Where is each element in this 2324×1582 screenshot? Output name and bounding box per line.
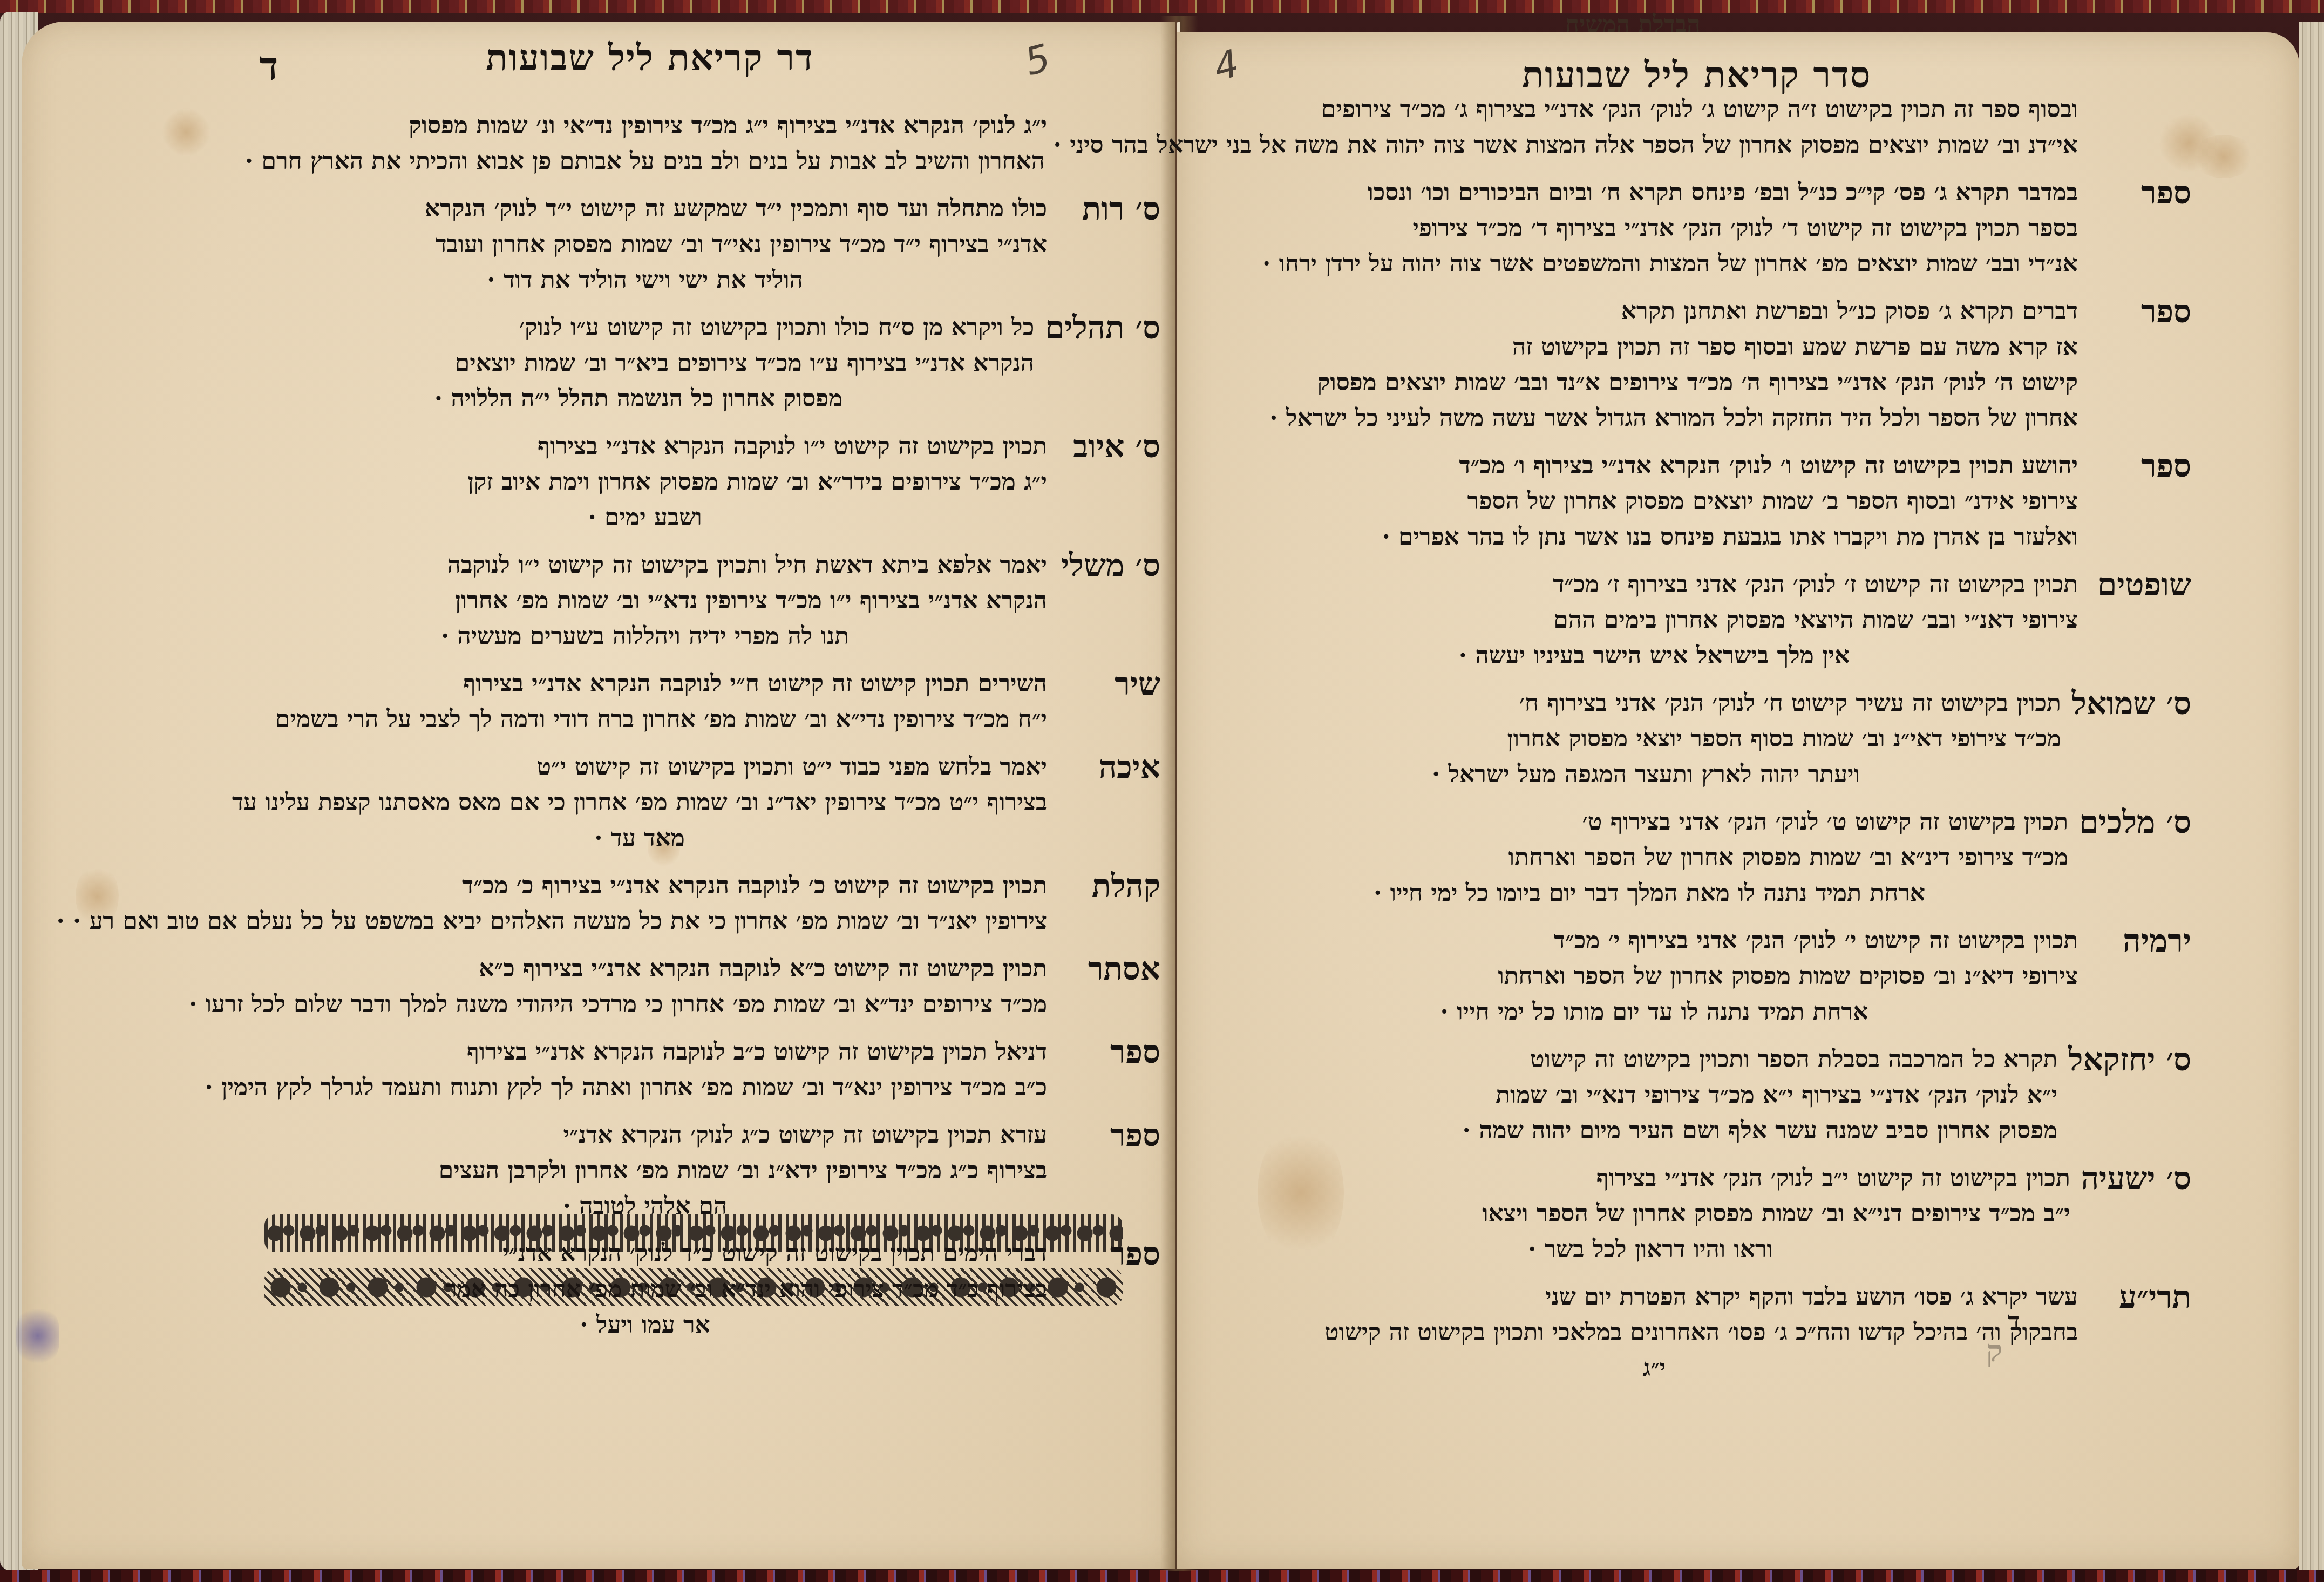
text-line: בספר תכוין בקישוט זה קישוט ד׳ לנוק׳ הנק׳… bbox=[1231, 211, 2078, 246]
reading-entry: י״ג לנוק׳ הנקרא אדנ״י בצירוף י״ג מכ״ד צי… bbox=[243, 108, 1160, 179]
text-line: עשר יקרא ג׳ פסו׳ הושע בלבד והקף יקרא הפט… bbox=[1231, 1279, 2078, 1315]
reading-entry-eicha: איכה יאמר בלחש מפני כבוד י״ט ותכוין בקיש… bbox=[243, 749, 1160, 856]
book-label: ס׳ איוב bbox=[1047, 429, 1160, 464]
book-label: ס׳ משלי bbox=[1047, 547, 1160, 583]
book-label: ס׳ תהלים bbox=[1034, 310, 1160, 345]
text-line: אי״דנ וב׳ שמות יוצאים מפסוק אחרון של הספ… bbox=[1054, 127, 2078, 163]
binding-headband-top bbox=[0, 0, 2324, 13]
text-line: כ״ב מכ״ד צירופין ינא״ד וב׳ שמות מפ׳ אחרו… bbox=[205, 1070, 1047, 1105]
text-line: יאמר אלפא ביתא דאשת חיל ותכוין בקישוט זה… bbox=[243, 547, 1047, 583]
fleuron-row bbox=[264, 1214, 1123, 1252]
reading-entry-yehoshua: ספר יהושע תכוין בקישוט זה קישוט ו׳ לנוק׳… bbox=[1231, 448, 2191, 555]
text-line: יהושע תכוין בקישוט זה קישוט ו׳ לנוק׳ הנק… bbox=[1231, 448, 2078, 484]
right-text-column: ובסוף ספר זה תכוין בקישוט ז״ה קישוט ג׳ ל… bbox=[1231, 92, 2191, 1398]
text-line: ארחת תמיד נתנה לו עד יום מותו כל ימי חיי… bbox=[1231, 994, 2078, 1030]
running-head: דר קריאת ליל שבועות bbox=[486, 37, 814, 79]
text-line: כולו מתחלה ועד סוף ותמכין י״ד שמקשע זה ק… bbox=[243, 191, 1047, 227]
reading-entry-iyov: ס׳ איוב תכוין בקישוט זה קישוט י״ו לנוקבה… bbox=[243, 429, 1160, 535]
foxing-stain bbox=[2191, 135, 2256, 178]
reading-entry-shoftim: שופטים תכוין בקישוט זה קישוט ז׳ לנוק׳ הנ… bbox=[1231, 567, 2191, 674]
text-line: תכוין בקישוט זה קישוט י״ו לנוקבה הנקרא א… bbox=[243, 429, 1047, 464]
reading-entry-yeshayahu: ס׳ ישעיה תכוין בקישוט זה קישוט י״ב לנוק׳… bbox=[1231, 1160, 2191, 1267]
signature-mark: ד bbox=[2008, 1306, 2020, 1335]
text-line: הנקרא אדנ״י בצירוף ע״ו מכ״ד צירופים ביא״… bbox=[243, 345, 1034, 381]
reading-entry-vayikra-end: ובסוף ספר זה תכוין בקישוט ז״ה קישוט ג׳ ל… bbox=[1231, 92, 2191, 163]
handwritten-page-number: 5 bbox=[1020, 36, 1055, 85]
text-line: דניאל תכוין בקישוט זה קישוט כ״ב לנוקבה ה… bbox=[205, 1034, 1047, 1070]
folio-letter: ד bbox=[259, 43, 278, 90]
text-line: צירופין יאנ״ד וב׳ שמות מפ׳ אחרון כי את כ… bbox=[56, 904, 1047, 939]
book-label: שיר bbox=[1047, 666, 1160, 702]
reading-entry-trei-asar: תרי״ע עשר יקרא ג׳ פסו׳ הושע בלבד והקף יק… bbox=[1231, 1279, 2191, 1386]
text-line: ובסוף ספר זה תכוין בקישוט ז״ה קישוט ג׳ ל… bbox=[1054, 92, 2078, 127]
page-stack-right-edge bbox=[2299, 22, 2324, 1570]
reading-entry-yirmiyahu: ירמיה תכוין בקישוט זה קישוט י׳ לנוק׳ הנק… bbox=[1231, 923, 2191, 1030]
book-label: אסתר bbox=[1047, 951, 1160, 987]
text-line: אנ״די ובב׳ שמות יוצאים מפ׳ אחרון של המצו… bbox=[1231, 246, 2078, 282]
text-line: הוליד את ישי וישי הוליד את דוד · bbox=[243, 262, 1047, 298]
text-line: ושבע ימים · bbox=[243, 500, 1047, 535]
left-text-column: י״ג לנוק׳ הנקרא אדנ״י בצירוף י״ג מכ״ד צי… bbox=[243, 108, 1160, 1355]
reading-entry-tehillim: ס׳ תהלים כל ויקרא מן ס״ח כולו ותכוין בקי… bbox=[243, 310, 1160, 417]
reading-entry-shmuel: ס׳ שמואל תכוין בקישוט זה עשיר קישוט ח׳ ל… bbox=[1231, 685, 2191, 792]
book-label: שופטים bbox=[2078, 567, 2191, 602]
text-line: תכוין בקישוט זה עשיר קישוט ח׳ לנוק׳ הנק׳… bbox=[1231, 685, 2061, 721]
text-line: צירופי אידנ״ ובסוף הספר ב׳ שמות יוצאים מ… bbox=[1231, 484, 2078, 519]
text-line: י״ג לנוק׳ הנקרא אדנ״י בצירוף י״ג מכ״ד צי… bbox=[243, 108, 1047, 144]
text-line: תכוין בקישוט זה קישוט י״ב לנוק׳ הנק׳ אדנ… bbox=[1231, 1160, 2070, 1196]
text-line: האחרון והשיב לב אבות על בנים ולב בנים על… bbox=[243, 144, 1047, 179]
show-through-mark: ק bbox=[1986, 1333, 2002, 1369]
text-line: מכ״ד צירופי דינ״א וב׳ שמות מפסוק אחרון ש… bbox=[1231, 840, 2068, 875]
text-line: י״ג מכ״ד צירופים בידר״א וב׳ שמות מפסוק א… bbox=[243, 464, 1047, 500]
reading-entry-kohelet: קהלת תכוין בקישוט זה קישוט כ׳ לנוקבה הנק… bbox=[243, 868, 1160, 939]
book-label: ס׳ רות bbox=[1047, 191, 1160, 227]
text-line: מכ״ד צירופי דאי״נ וב׳ שמות בסוף הספר יוצ… bbox=[1231, 721, 2061, 757]
text-line: י״א לנוק׳ הנק׳ אדנ״י בצירוף י״א מכ״ד ציר… bbox=[1231, 1077, 2057, 1113]
book-label: תרי״ע bbox=[2078, 1279, 2191, 1315]
text-line: הנקרא אדנ״י בצירוף י״ו מכ״ד צירופין נדא״… bbox=[243, 583, 1047, 619]
text-line: אחרון של הספר ולכל היד החזקה ולכל המורא … bbox=[1231, 400, 2078, 436]
reading-entry-ezra: ספר עזרא תכוין בקישוט זה קישוט כ״ג לנוק׳… bbox=[243, 1117, 1160, 1224]
text-line: תכוין בקישוט זה קישוט י׳ לנוק׳ הנק׳ אדני… bbox=[1231, 923, 2078, 959]
reading-entry-esther: אסתר תכוין בקישוט זה קישוט כ״א לנוקבה הנ… bbox=[243, 951, 1160, 1022]
printers-ornament-band bbox=[264, 1214, 1123, 1306]
book-label: איכה bbox=[1047, 749, 1160, 785]
book-label: ספר bbox=[2078, 448, 2191, 484]
text-line: עזרא תכוין בקישוט זה קישוט כ״ג לנוק׳ הנק… bbox=[243, 1117, 1047, 1153]
book-label: קהלת bbox=[1047, 868, 1160, 904]
book-label: ס׳ ישעיה bbox=[2070, 1160, 2191, 1196]
text-line: מאד עד · bbox=[232, 820, 1047, 856]
handwritten-page-number: 4 bbox=[1209, 41, 1243, 90]
text-line: בצירוף כ״ג מכ״ד צירופין ידא״נ וב׳ שמות מ… bbox=[243, 1153, 1047, 1189]
text-line: מפסוק אחרון סביב שמנה עשר אלף ושם העיר מ… bbox=[1231, 1113, 2057, 1149]
text-line: תכוין בקישוט זה קישוט כ״א לנוקבה הנקרא א… bbox=[189, 951, 1047, 987]
book-label: ס׳ מלכים bbox=[2068, 804, 2191, 840]
text-line: קישוט ה׳ לנוק׳ הנק׳ אדנ״י בצירוף ה׳ מכ״ד… bbox=[1231, 365, 2078, 400]
reading-entry-devarim: ספר דברים תקרא ג׳ פסוק כנ״ל ובפרשת ואתחנ… bbox=[1231, 294, 2191, 436]
text-line: ואלעזר בן אהרן מת ויקברו אתו בגבעת פינחס… bbox=[1231, 519, 2078, 555]
reading-entry-melachim: ס׳ מלכים תכוין בקישוט זה קישוט ט׳ לנוק׳ … bbox=[1231, 804, 2191, 911]
reading-entry-mishlei: ס׳ משלי יאמר אלפא ביתא דאשת חיל ותכוין ב… bbox=[243, 547, 1160, 654]
right-page: הבדלת המשיח סדר קריאת ליל שבועות 4 ובסוף… bbox=[1177, 32, 2299, 1569]
text-line: צירופי דיא״נ וב׳ פסוקים שמות מפסוק אחרון… bbox=[1231, 959, 2078, 994]
text-line: תכוין בקישוט זה קישוט ט׳ לנוק׳ הנק׳ אדני… bbox=[1231, 804, 2068, 840]
catchword-top: הבדלת המשיח bbox=[1565, 11, 1701, 38]
text-line: תנו לה מפרי ידיה ויהללוה בשערים מעשיה · bbox=[243, 619, 1047, 654]
text-line: י״ח מכ״ד צירופין נדי״א וב׳ שמות מפ׳ אחרו… bbox=[243, 702, 1047, 737]
text-line: כל ויקרא מן ס״ח כולו ותכוין בקישוט זה קי… bbox=[243, 310, 1034, 345]
text-line: אז קרא משה עם פרשת שמע ובסוף ספר זה תכוי… bbox=[1231, 329, 2078, 365]
text-line: ויעתר יהוה לארץ ותעצר המגפה מעל ישראל · bbox=[1231, 757, 2061, 792]
text-line: דברים תקרא ג׳ פסוק כנ״ל ובפרשת ואתחנן תק… bbox=[1231, 294, 2078, 329]
text-line: בצירוף י״ט מכ״ד צירופין יאד״נ וב׳ שמות מ… bbox=[232, 785, 1047, 820]
fleuron-row bbox=[264, 1268, 1123, 1306]
foxing-stain bbox=[162, 108, 210, 157]
running-head: סדר קריאת ליל שבועות bbox=[1522, 54, 1871, 97]
reading-entry-ruth: ס׳ רות כולו מתחלה ועד סוף ותמכין י״ד שמק… bbox=[243, 191, 1160, 298]
binding-headband-bottom bbox=[0, 1570, 2324, 1582]
text-line: תכוין בקישוט זה קישוט כ׳ לנוקבה הנקרא אד… bbox=[56, 868, 1047, 904]
reading-entry-bamidbar: ספר במדבר תקרא ג׳ פס׳ קי״כ כנ״ל ובפ׳ פינ… bbox=[1231, 175, 2191, 282]
reading-entry-shir-hashirim: שיר השירים תכוין קישוט זה קישוט ח״י לנוק… bbox=[243, 666, 1160, 737]
text-line: אר עמו ויעל · bbox=[243, 1307, 1047, 1343]
text-line: י״ג bbox=[1231, 1350, 2078, 1386]
text-line: אין מלך בישראל איש הישר בעיניו יעשה · bbox=[1231, 638, 2078, 674]
text-line: ארחת תמיד נתנה לו מאת המלך דבר יום ביומו… bbox=[1231, 875, 2068, 911]
text-line: אדנ״י בצירוף י״ד מכ״ד צירופין נאי״ד וב׳ … bbox=[243, 227, 1047, 262]
text-line: מפסוק אחרון כל הנשמה תהלל י״ה הללויה · bbox=[243, 381, 1034, 417]
book-label: ספר bbox=[1047, 1117, 1160, 1153]
book-label: ספר bbox=[1047, 1034, 1160, 1070]
text-line: במדבר תקרא ג׳ פס׳ קי״כ כנ״ל ובפ׳ פינחס ת… bbox=[1231, 175, 2078, 211]
text-line: השירים תכוין קישוט זה קישוט ח״י לנוקבה ה… bbox=[243, 666, 1047, 702]
book-label: ספר bbox=[2078, 175, 2191, 211]
left-page: דר קריאת ליל שבועות ד 5 י״ג לנוק׳ הנקרא … bbox=[22, 22, 1175, 1569]
reading-entry-yechezkel: ס׳ יחזקאל תקרא כל המרכבה בסבלת הספר ותכו… bbox=[1231, 1042, 2191, 1149]
reading-entry-daniel: ספר דניאל תכוין בקישוט זה קישוט כ״ב לנוק… bbox=[243, 1034, 1160, 1105]
book-label: ס׳ שמואל bbox=[2061, 685, 2191, 721]
ink-blot bbox=[16, 1306, 59, 1366]
text-line: וראו והיו דראון לכל בשר · bbox=[1231, 1232, 2070, 1267]
text-line: י״ב מכ״ד צירופים דני״א וב׳ שמות מפסוק אח… bbox=[1231, 1196, 2070, 1232]
text-line: מכ״ד צירופים ינד״א וב׳ שמות מפ׳ אחרון כי… bbox=[189, 987, 1047, 1022]
text-line: בחבקוק וה׳ בהיכל קדשו והח״כ ג׳ פסו׳ האחר… bbox=[1231, 1315, 2078, 1350]
text-line: תקרא כל המרכבה בסבלת הספר ותכוין בקישוט … bbox=[1231, 1042, 2057, 1077]
text-line: צירופי דאנ״י ובב׳ שמות היוצאי מפסוק אחרו… bbox=[1231, 602, 2078, 638]
book-label: ס׳ יחזקאל bbox=[2057, 1042, 2191, 1077]
book-label: ירמיה bbox=[2078, 923, 2191, 959]
text-line: יאמר בלחש מפני כבוד י״ט ותכוין בקישוט זה… bbox=[232, 749, 1047, 785]
text-line: תכוין בקישוט זה קישוט ז׳ לנוק׳ הנק׳ אדני… bbox=[1231, 567, 2078, 602]
book-label: ספר bbox=[2078, 294, 2191, 329]
